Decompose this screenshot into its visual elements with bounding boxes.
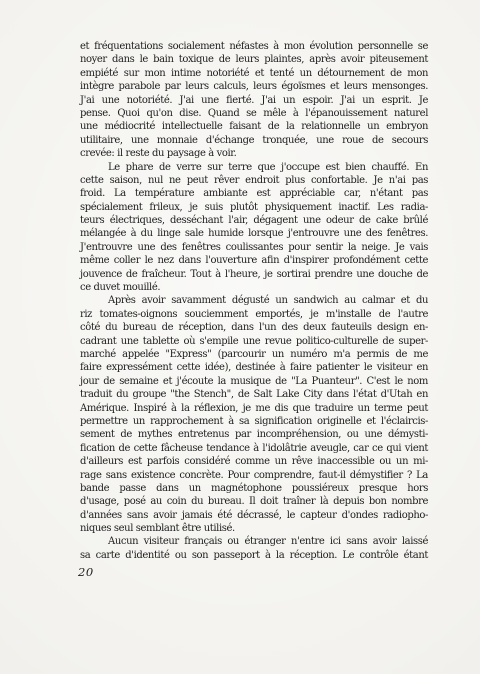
text-line: cadrant une tablette où s'empile une rev… (80, 335, 428, 348)
text-line: intègre parabole par leurs calculs, leur… (80, 80, 428, 93)
text-line: faire expressément cette idée), destinée… (80, 361, 428, 374)
text-line: ce duvet mouillé. (80, 281, 428, 294)
text-line: même coller le nez dans l'ouverture afin… (80, 254, 428, 267)
book-page: et fréquentations socialement néfastes à… (0, 0, 480, 674)
text-line: crevée: il reste du paysage à voir. (80, 147, 428, 160)
text-line: d'ailleurs est parfois considéré comme u… (80, 455, 428, 468)
text-line: jour de semaine et j'écoute la musique d… (80, 375, 428, 388)
text-line: une médiocrité intellectuelle faisant de… (80, 120, 428, 133)
text-line: spécialement frileux, je suis plutôt phy… (80, 201, 428, 214)
text-line: Après avoir savamment dégusté un sandwic… (80, 294, 428, 307)
text-line: pense. Quoi qu'on dise. Quand se mêle à … (80, 107, 428, 120)
text-line: cette saison, nul ne peut rêver endroit … (80, 174, 428, 187)
text-line: noyer dans le bain toxique de leurs plai… (80, 53, 428, 66)
text-line: froid. La température ambiante est appré… (80, 187, 428, 200)
text-line: côté du bureau de réception, dans l'un d… (80, 321, 428, 334)
text-line: permettre un rapprochement à sa signific… (80, 415, 428, 428)
text-line: empiété sur mon intime notoriété et tent… (80, 67, 428, 80)
text-line: marché appelée "Express" (parcourir un n… (80, 348, 428, 361)
text-line: Le phare de verre sur terre que j'occupe… (80, 161, 428, 174)
text-line: teurs électriques, desséchant l'air, dég… (80, 214, 428, 227)
text-line: rage sans existence concrète. Pour compr… (80, 469, 428, 482)
text-line: Aucun visiteur français ou étranger n'en… (80, 535, 428, 548)
text-line: traduit du groupe "the Stench", de Salt … (80, 388, 428, 401)
text-line: jouvence de fraîcheur. Tout à l'heure, j… (80, 268, 428, 281)
text-line: J'ai une notoriété. J'ai une fierté. J'a… (80, 94, 428, 107)
text-line: d'années sans avoir jamais été décrassé,… (80, 509, 428, 522)
text-line: Amérique. Inspiré à la réflexion, je me … (80, 402, 428, 415)
text-line: J'entrouvre une des fenêtres coulissante… (80, 241, 428, 254)
page-number: 20 (78, 565, 94, 579)
text-line: d'usage, posé au coin du bureau. Il doit… (80, 495, 428, 508)
text-line: fication de cette fâcheuse tendance à l'… (80, 442, 428, 455)
text-block: et fréquentations socialement néfastes à… (80, 40, 428, 562)
text-line: riz tomates-oignons souciemment emportés… (80, 308, 428, 321)
text-line: et fréquentations socialement néfastes à… (80, 40, 428, 53)
text-line: sa carte d'identité ou son passeport à l… (80, 549, 428, 562)
text-line: niques seul semblant être utilisé. (80, 522, 428, 535)
text-line: mélangée à du linge sale humide lorsque … (80, 227, 428, 240)
text-line: sement de mythes entretenus par incompré… (80, 428, 428, 441)
text-line: utilitaire, une monnaie d'échange tronqu… (80, 134, 428, 147)
text-line: bande passe dans un magnétophone poussié… (80, 482, 428, 495)
